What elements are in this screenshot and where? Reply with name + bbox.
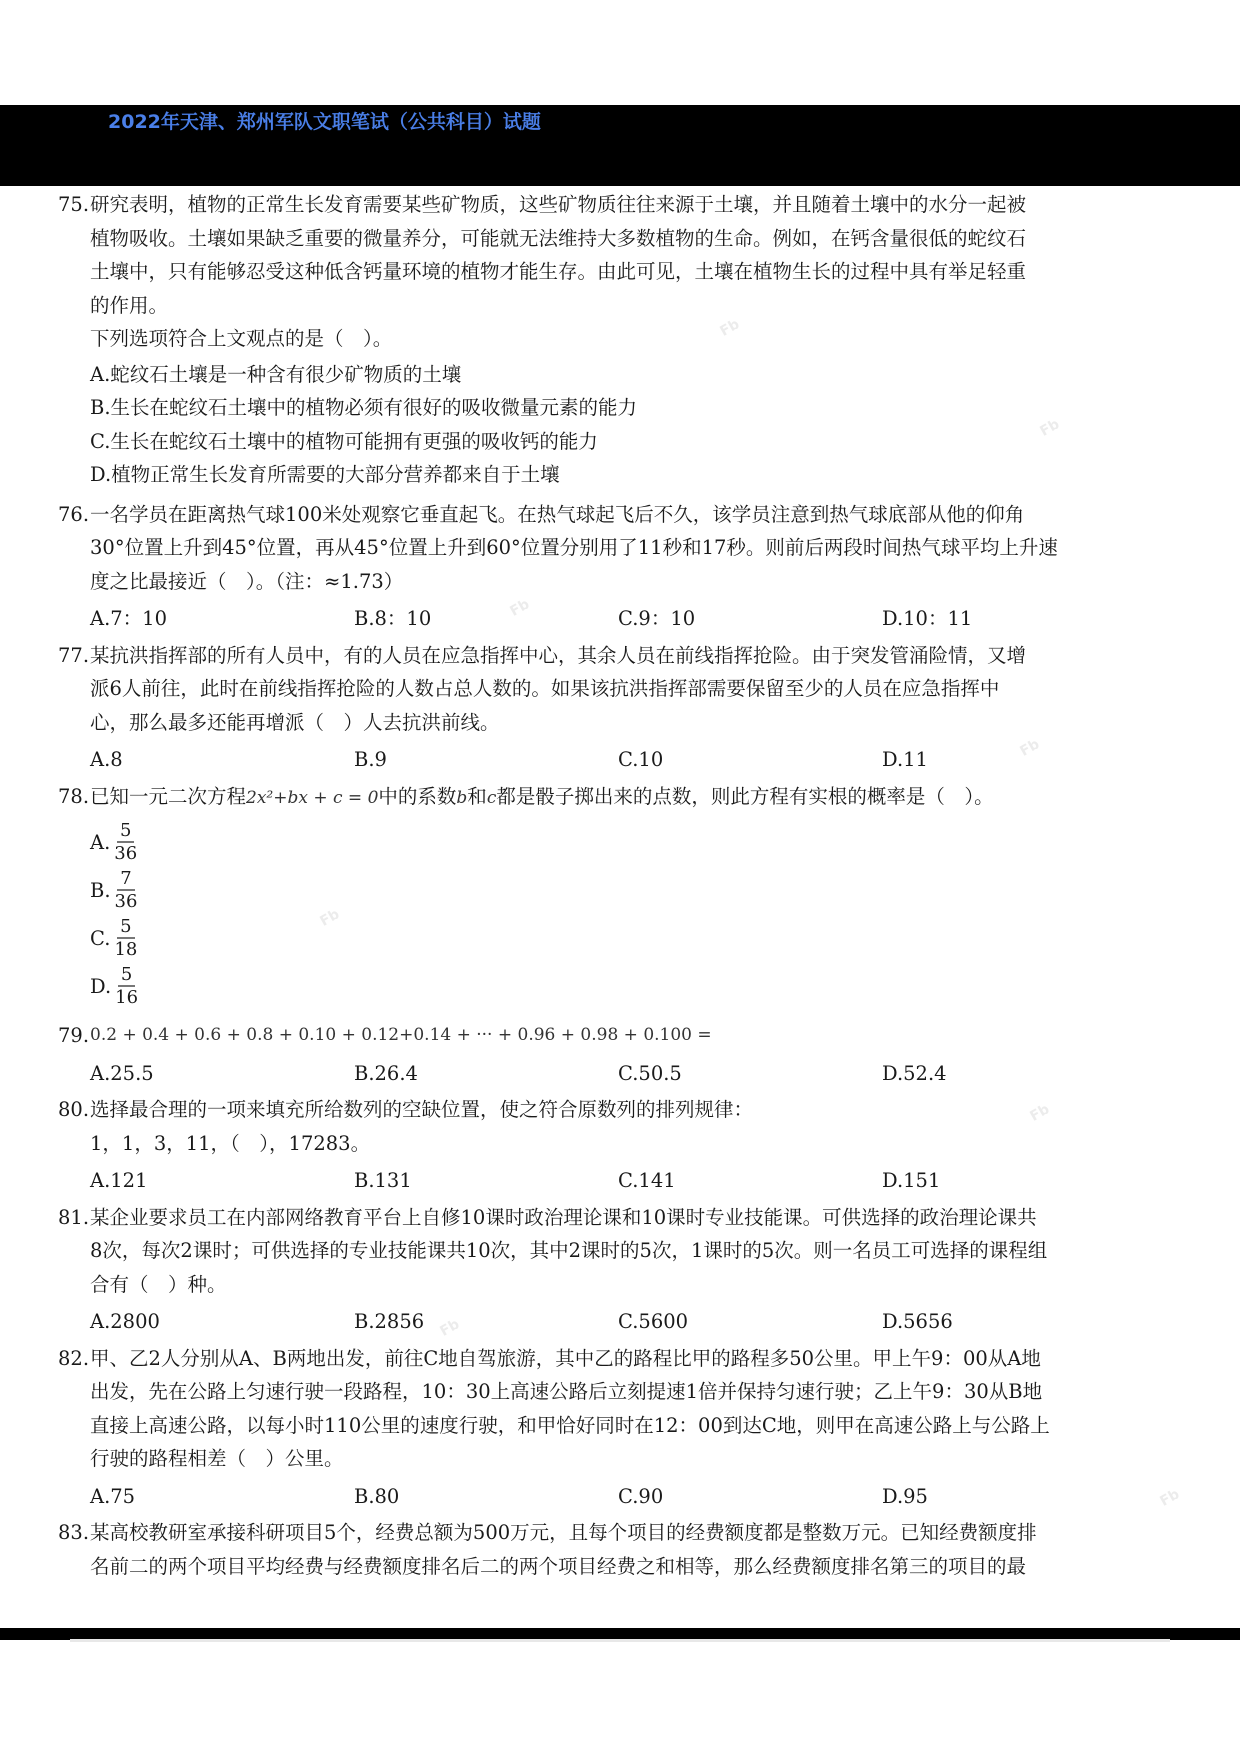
option-c[interactable]: C.50.5 <box>618 1057 882 1091</box>
stem-text: 已知一元二次方程 <box>90 785 246 808</box>
option-row: A.121 B.131 C.141 D.151 <box>58 1164 1148 1198</box>
question-78: 78. 已知一元二次方程2x²+bx + c = 0中的系数b和c都是骰子掷出来… <box>58 780 1148 1012</box>
option-a[interactable]: A.蛇纹石土壤是一种含有很少矿物质的土壤 <box>90 358 1148 392</box>
option-d[interactable]: D.151 <box>882 1164 1146 1198</box>
stem-line: 派6人前往，此时在前线指挥抢险的人数占总人数的。如果该抗洪指挥部需要保留至少的人… <box>90 672 1148 706</box>
option-a[interactable]: A.2800 <box>90 1305 354 1339</box>
stem-line: 已知一元二次方程2x²+bx + c = 0中的系数b和c都是骰子掷出来的点数，… <box>90 780 1148 816</box>
question-stem: 82. 甲、乙2人分别从A、B两地出发，前往C地自驾旅游，其中乙的路程比甲的路程… <box>58 1342 1148 1476</box>
numerator: 5 <box>118 965 135 987</box>
option-c[interactable]: C.5600 <box>618 1305 882 1339</box>
question-75: 75. 研究表明，植物的正常生长发育需要某些矿物质，这些矿物质往往来源于土壤，并… <box>58 188 1148 492</box>
stem-line: 出发，先在公路上匀速行驶一段路程，10：30上高速公路后立刻提速1倍并保持匀速行… <box>90 1375 1148 1409</box>
stem-line: 的作用。 <box>90 289 1148 323</box>
stem-line: 甲、乙2人分别从A、B两地出发，前往C地自驾旅游，其中乙的路程比甲的路程多50公… <box>90 1342 1148 1376</box>
stem-line: 度之比最接近（ ）。（注：≈1.73） <box>90 565 1148 599</box>
stem-line: 8次，每次2课时；可供选择的专业技能课共10次，其中2课时的5次，1课时的5次。… <box>90 1234 1148 1268</box>
option-b[interactable]: B.8：10 <box>354 602 618 636</box>
option-label: C. <box>90 922 110 956</box>
question-number: 83. <box>58 1516 89 1550</box>
stem-line: 30°位置上升到45°位置，再从45°位置上升到60°位置分别用了11秒和17秒… <box>90 531 1148 565</box>
stem-line: 名前二的两个项目平均经费与经费额度排名后二的两个项目经费之和相等，那么经费额度排… <box>90 1550 1148 1584</box>
option-row: A.75 B.80 C.90 D.95 <box>58 1480 1148 1514</box>
option-b[interactable]: B.26.4 <box>354 1057 618 1091</box>
question-stem: 83. 某高校教研室承接科研项目5个，经费总额为500万元，且每个项目的经费额度… <box>58 1516 1148 1583</box>
option-a[interactable]: A. 5 36 <box>90 819 1148 867</box>
option-c[interactable]: C.生长在蛇纹石土壤中的植物可能拥有更强的吸收钙的能力 <box>90 425 1148 459</box>
question-number: 79. <box>58 1019 89 1053</box>
question-83: 83. 某高校教研室承接科研项目5个，经费总额为500万元，且每个项目的经费额度… <box>58 1516 1148 1583</box>
document-header: 2022年天津、郑州军队文职笔试（公共科目）试题 <box>0 105 1240 186</box>
option-c[interactable]: C. 5 18 <box>90 915 1148 963</box>
stem-line: 植物吸收。土壤如果缺乏重要的微量养分，可能就无法维持大多数植物的生命。例如，在钙… <box>90 222 1148 256</box>
stem-line: 行驶的路程相差（ ）公里。 <box>90 1442 1148 1476</box>
option-c[interactable]: C.10 <box>618 743 882 777</box>
question-stem: 75. 研究表明，植物的正常生长发育需要某些矿物质，这些矿物质往往来源于土壤，并… <box>58 188 1148 356</box>
denominator: 36 <box>114 843 137 865</box>
stem-line: 某抗洪指挥部的所有人员中，有的人员在应急指挥中心，其余人员在前线指挥抢险。由于突… <box>90 639 1148 673</box>
option-d[interactable]: D.植物正常生长发育所需要的大部分营养都来自于土壤 <box>90 458 1148 492</box>
option-b[interactable]: B.生长在蛇纹石土壤中的植物必须有很好的吸收微量元素的能力 <box>90 391 1148 425</box>
option-c[interactable]: C.9：10 <box>618 602 882 636</box>
stem-text: 中的系数 <box>378 785 456 808</box>
number-sequence: 1，1，3，11，（ ），17283。 <box>90 1127 1148 1161</box>
stem-line: 直接上高速公路，以每小时110公里的速度行驶，和甲恰好同时在12：00到达C地，… <box>90 1409 1148 1443</box>
question-stem: 77. 某抗洪指挥部的所有人员中，有的人员在应急指挥中心，其余人员在前线指挥抢险… <box>58 639 1148 740</box>
option-row: A.25.5 B.26.4 C.50.5 D.52.4 <box>58 1057 1148 1091</box>
stem-line: 某企业要求员工在内部网络教育平台上自修10课时政治理论课和10课时专业技能课。可… <box>90 1201 1148 1235</box>
option-label: B. <box>90 874 111 908</box>
question-79: 79. 0.2 + 0.4 + 0.6 + 0.8 + 0.10 + 0.12+… <box>58 1019 1148 1090</box>
equation: 2x²+bx + c = 0 <box>246 788 378 808</box>
stem-line: 合有（ ）种。 <box>90 1268 1148 1302</box>
exam-page-content: 75. 研究表明，植物的正常生长发育需要某些矿物质，这些矿物质往往来源于土壤，并… <box>58 188 1148 1583</box>
question-stem: 81. 某企业要求员工在内部网络教育平台上自修10课时政治理论课和10课时专业技… <box>58 1201 1148 1302</box>
stem-line: 土壤中，只有能够忍受这种低含钙量环境的植物才能生存。由此可见，土壤在植物生长的过… <box>90 255 1148 289</box>
option-row: A.2800 B.2856 C.5600 D.5656 <box>58 1305 1148 1339</box>
option-b[interactable]: B.80 <box>354 1480 618 1514</box>
option-a[interactable]: A.121 <box>90 1164 354 1198</box>
page-edge <box>70 1639 1170 1642</box>
option-d[interactable]: D.95 <box>882 1480 1146 1514</box>
stem-line: 一名学员在距离热气球100米处观察它垂直起飞。在热气球起飞后不久，该学员注意到热… <box>90 498 1148 532</box>
question-number: 81. <box>58 1201 89 1235</box>
question-77: 77. 某抗洪指挥部的所有人员中，有的人员在应急指挥中心，其余人员在前线指挥抢险… <box>58 639 1148 777</box>
question-number: 77. <box>58 639 89 673</box>
math-expression: 0.2 + 0.4 + 0.6 + 0.8 + 0.10 + 0.12+0.14… <box>90 1019 1148 1053</box>
option-list: A.蛇纹石土壤是一种含有很少矿物质的土壤 B.生长在蛇纹石土壤中的植物必须有很好… <box>58 358 1148 492</box>
numerator: 7 <box>117 869 134 891</box>
variable-c: c <box>487 788 497 808</box>
option-d[interactable]: D.10：11 <box>882 602 1146 636</box>
option-row: A.8 B.9 C.10 D.11 <box>58 743 1148 777</box>
question-80: 80. 选择最合理的一项来填充所给数列的空缺位置，使之符合原数列的排列规律： 1… <box>58 1093 1148 1198</box>
question-81: 81. 某企业要求员工在内部网络教育平台上自修10课时政治理论课和10课时专业技… <box>58 1201 1148 1339</box>
fraction: 5 36 <box>114 821 137 865</box>
option-a[interactable]: A.75 <box>90 1480 354 1514</box>
numerator: 5 <box>117 917 134 939</box>
stem-line: 心，那么最多还能再增派（ ）人去抗洪前线。 <box>90 706 1148 740</box>
option-c[interactable]: C.90 <box>618 1480 882 1514</box>
option-list: A. 5 36 B. 7 36 C. 5 18 <box>58 819 1148 1011</box>
stem-text: 和 <box>467 785 487 808</box>
option-b[interactable]: B.9 <box>354 743 618 777</box>
option-d[interactable]: D.52.4 <box>882 1057 1146 1091</box>
fraction: 5 18 <box>114 917 137 961</box>
stem-line: 研究表明，植物的正常生长发育需要某些矿物质，这些矿物质往往来源于土壤，并且随着土… <box>90 188 1148 222</box>
option-d[interactable]: D.11 <box>882 743 1146 777</box>
question-stem: 79. 0.2 + 0.4 + 0.6 + 0.8 + 0.10 + 0.12+… <box>58 1019 1148 1053</box>
option-label: D. <box>90 970 111 1004</box>
question-number: 76. <box>58 498 89 532</box>
question-number: 78. <box>58 780 89 814</box>
question-number: 75. <box>58 188 89 222</box>
stem-line: 选择最合理的一项来填充所给数列的空缺位置，使之符合原数列的排列规律： <box>90 1093 1148 1127</box>
watermark: Fb <box>1157 1486 1182 1510</box>
question-76: 76. 一名学员在距离热气球100米处观察它垂直起飞。在热气球起飞后不久，该学员… <box>58 498 1148 636</box>
stem-text: 都是骰子掷出来的点数，则此方程有实根的概率是（ ）。 <box>496 785 993 808</box>
option-a[interactable]: A.7：10 <box>90 602 354 636</box>
option-b[interactable]: B.2856 <box>354 1305 618 1339</box>
option-b[interactable]: B.131 <box>354 1164 618 1198</box>
denominator: 18 <box>114 939 137 961</box>
question-82: 82. 甲、乙2人分别从A、B两地出发，前往C地自驾旅游，其中乙的路程比甲的路程… <box>58 1342 1148 1514</box>
question-number: 82. <box>58 1342 89 1376</box>
document-title: 2022年天津、郑州军队文职笔试（公共科目）试题 <box>108 107 541 134</box>
stem-prompt: 下列选项符合上文观点的是（ ）。 <box>90 322 1148 356</box>
numerator: 5 <box>117 821 134 843</box>
option-d[interactable]: D.5656 <box>882 1305 1146 1339</box>
fraction: 5 16 <box>115 965 138 1009</box>
option-d[interactable]: D. 5 16 <box>90 963 1148 1011</box>
option-row: A.7：10 B.8：10 C.9：10 D.10：11 <box>58 602 1148 636</box>
option-b[interactable]: B. 7 36 <box>90 867 1148 915</box>
variable-b: b <box>456 788 467 808</box>
option-label: A. <box>90 826 110 860</box>
option-a[interactable]: A.25.5 <box>90 1057 354 1091</box>
question-stem: 78. 已知一元二次方程2x²+bx + c = 0中的系数b和c都是骰子掷出来… <box>58 780 1148 816</box>
denominator: 36 <box>115 891 138 913</box>
question-stem: 76. 一名学员在距离热气球100米处观察它垂直起飞。在热气球起飞后不久，该学员… <box>58 498 1148 599</box>
fraction: 7 36 <box>115 869 138 913</box>
stem-line: 某高校教研室承接科研项目5个，经费总额为500万元，且每个项目的经费额度都是整数… <box>90 1516 1148 1550</box>
question-number: 80. <box>58 1093 89 1127</box>
option-c[interactable]: C.141 <box>618 1164 882 1198</box>
denominator: 16 <box>115 987 138 1009</box>
question-stem: 80. 选择最合理的一项来填充所给数列的空缺位置，使之符合原数列的排列规律： 1… <box>58 1093 1148 1160</box>
option-a[interactable]: A.8 <box>90 743 354 777</box>
